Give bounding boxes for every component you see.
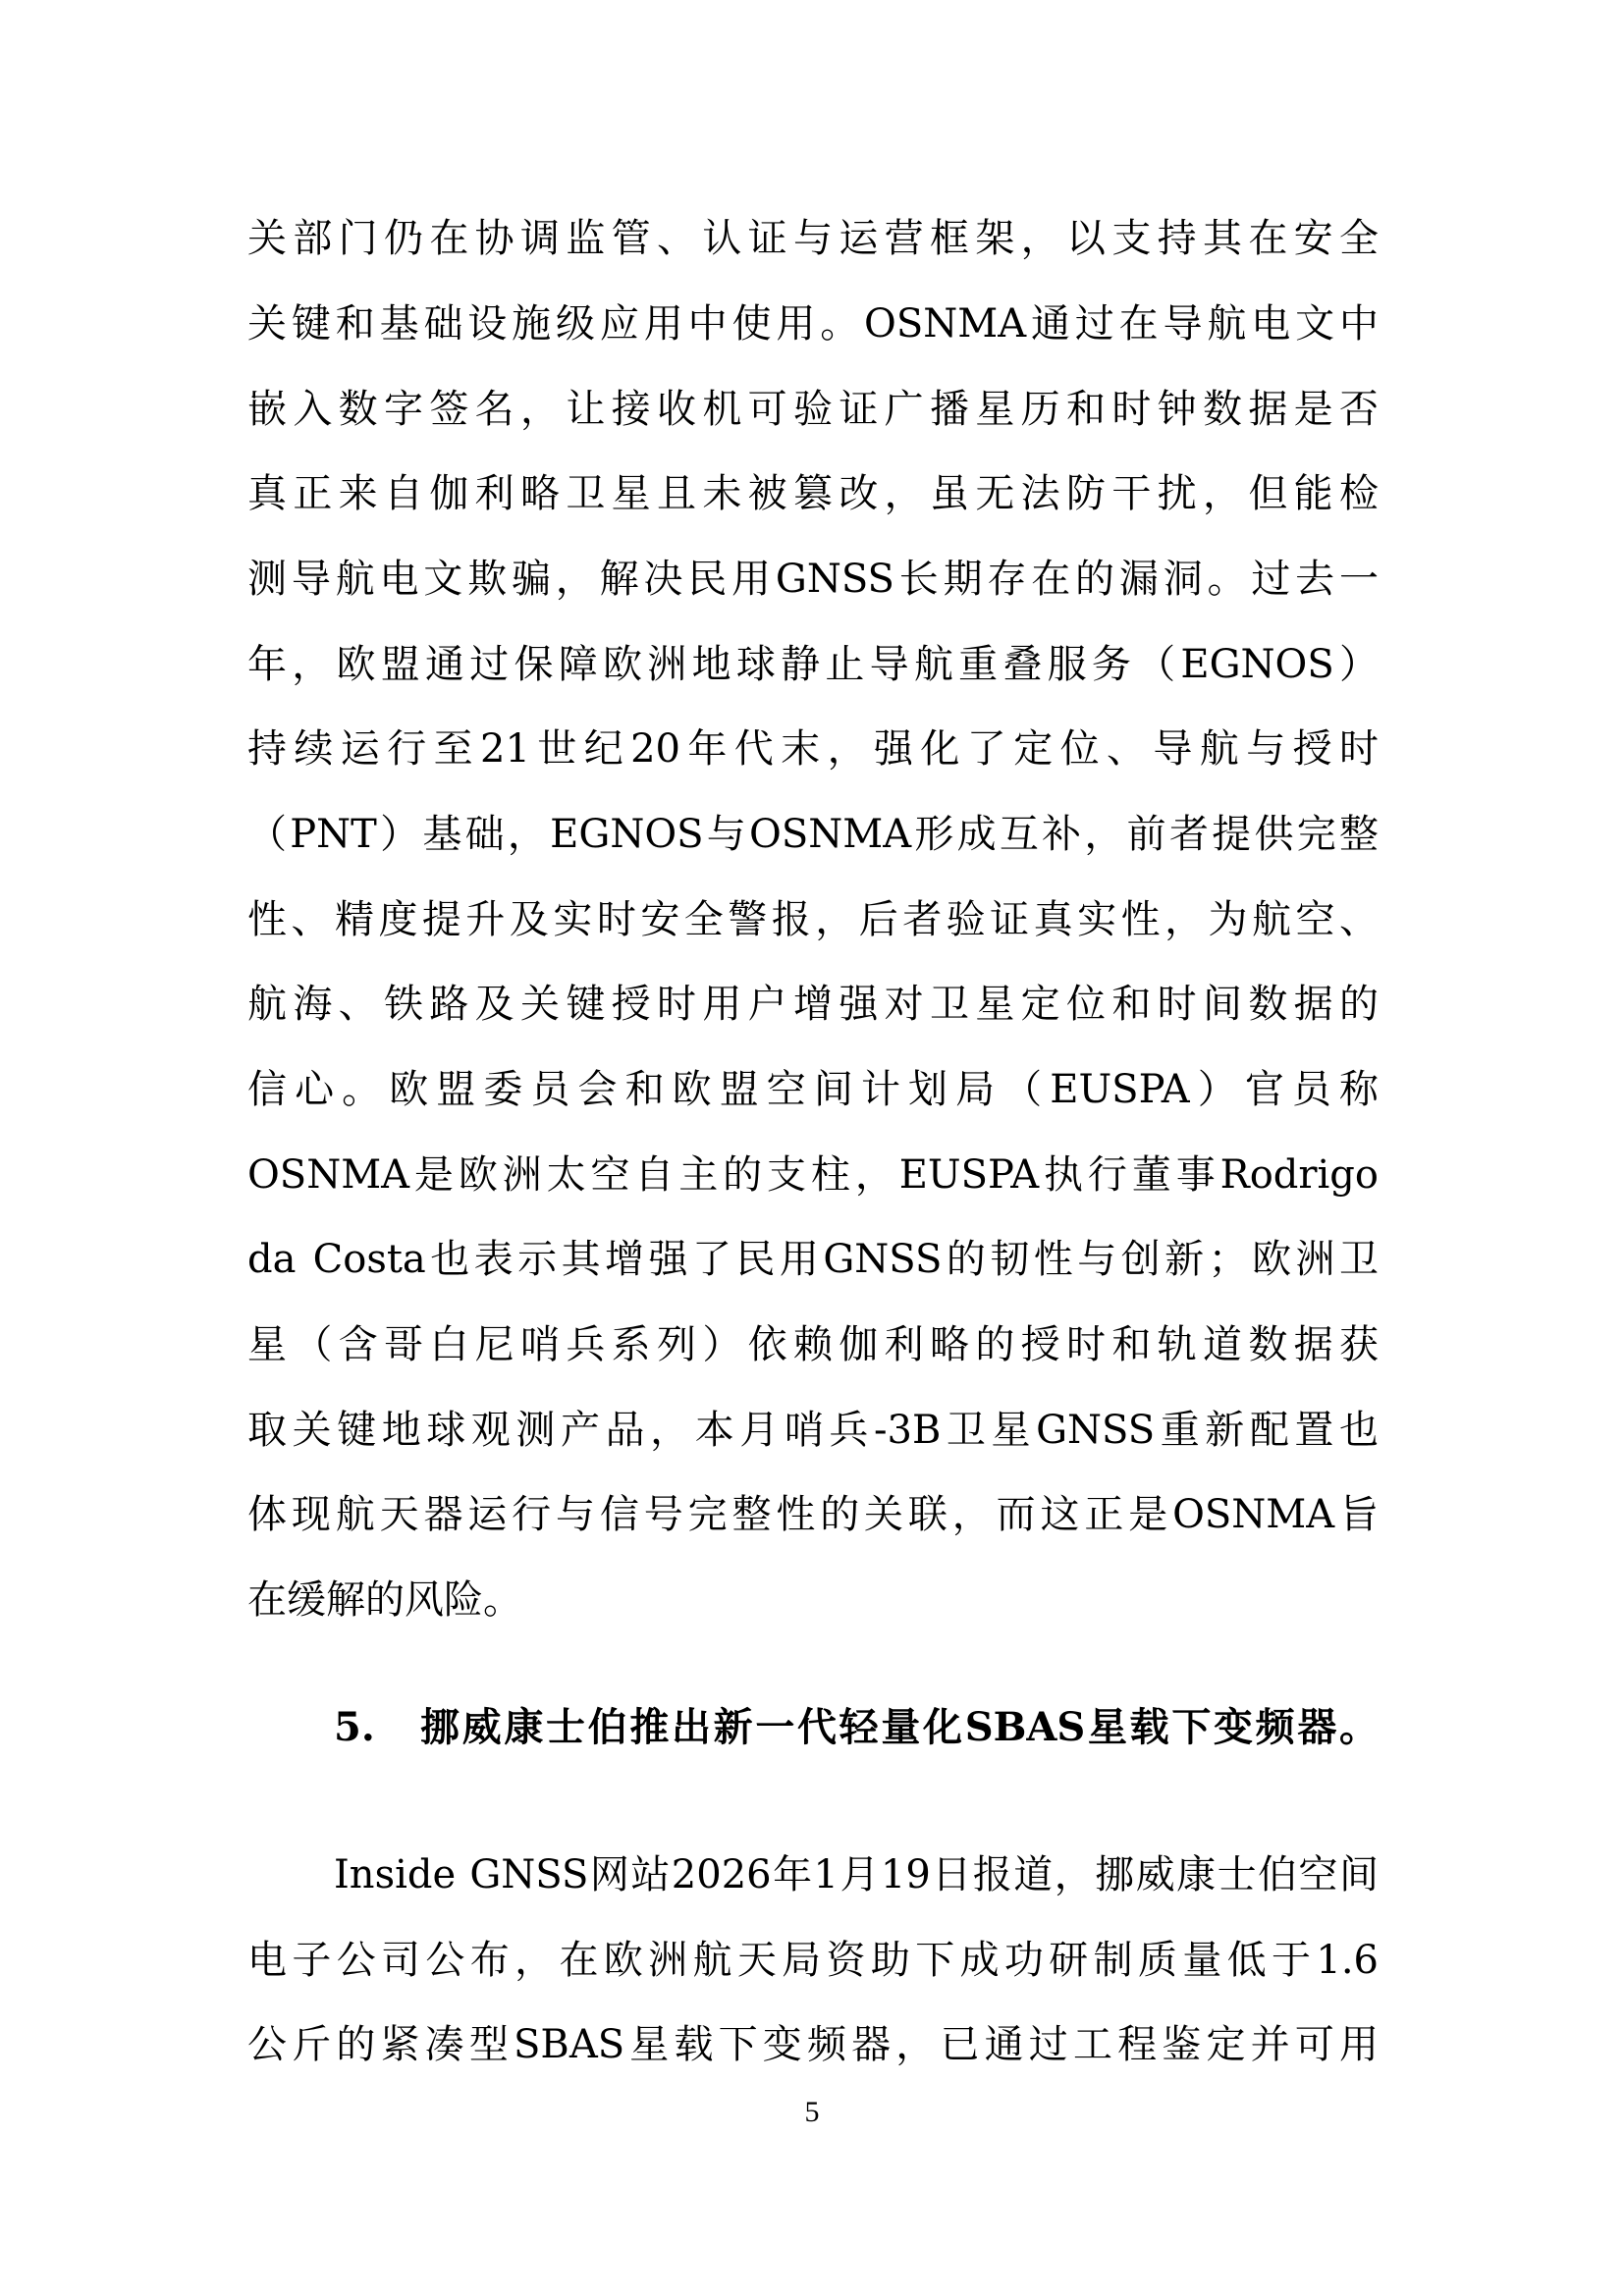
text-line: 年，欧盟通过保障欧洲地球静止导航重叠服务（EGNOS）	[247, 635, 1379, 694]
text-line: 信心。欧盟委员会和欧盟空间计划局（EUSPA）官员称	[247, 1060, 1379, 1119]
text-line: 在缓解的风险。	[247, 1571, 1379, 1629]
text-line: 关键和基础设施级应用中使用。OSNMA通过在导航电文中	[247, 294, 1379, 353]
text-line: OSNMA是欧洲太空自主的支柱，EUSPA执行董事Rodrigo	[247, 1146, 1379, 1204]
text-line: 公斤的紧凑型SBAS星载下变频器，已通过工程鉴定并可用	[247, 2015, 1379, 2074]
text-line: 测导航电文欺骗，解决民用GNSS长期存在的漏洞。过去一	[247, 550, 1379, 609]
text-line: 真正来自伽利略卫星且未被篡改，虽无法防干扰，但能检	[247, 464, 1379, 523]
text-line: 持续运行至21世纪20年代末，强化了定位、导航与授时	[247, 720, 1379, 778]
text-line: 电子公司公布，在欧洲航天局资助下成功研制质量低于1.6	[247, 1931, 1379, 1990]
document-page: 关部门仍在协调监管、认证与运营框架，以支持其在安全 关键和基础设施级应用中使用。…	[0, 0, 1624, 2296]
text-line: 取关键地球观测产品，本月哨兵-3B卫星GNSS重新配置也	[247, 1401, 1379, 1460]
text-line: 关部门仍在协调监管、认证与运营框架，以支持其在安全	[247, 209, 1379, 268]
text-line: 性、精度提升及实时安全警报，后者验证真实性，为航空、	[247, 890, 1379, 949]
text-line: 星（含哥白尼哨兵系列）依赖伽利略的授时和轨道数据获	[247, 1315, 1379, 1374]
text-line: Inside GNSS网站2026年1月19日报道，挪威康士伯空间	[334, 1845, 1379, 1904]
text-line: 航海、铁路及关键授时用户增强对卫星定位和时间数据的	[247, 975, 1379, 1034]
section-heading: 5. 挪威康士伯推出新一代轻量化SBAS星载下变频器。	[334, 1698, 1379, 1757]
section-title: 挪威康士伯推出新一代轻量化SBAS星载下变频器。	[420, 1698, 1379, 1757]
text-line: 嵌入数字签名，让接收机可验证广播星历和时钟数据是否	[247, 380, 1379, 439]
text-line: da Costa也表示其增强了民用GNSS的韧性与创新；欧洲卫	[247, 1230, 1379, 1289]
text-line: （PNT）基础，EGNOS与OSNMA形成互补，前者提供完整	[247, 805, 1379, 864]
text-line: 体现航天器运行与信号完整性的关联，而这正是OSNMA旨	[247, 1485, 1379, 1544]
page-number: 5	[0, 2093, 1624, 2132]
section-number: 5.	[334, 1698, 420, 1757]
